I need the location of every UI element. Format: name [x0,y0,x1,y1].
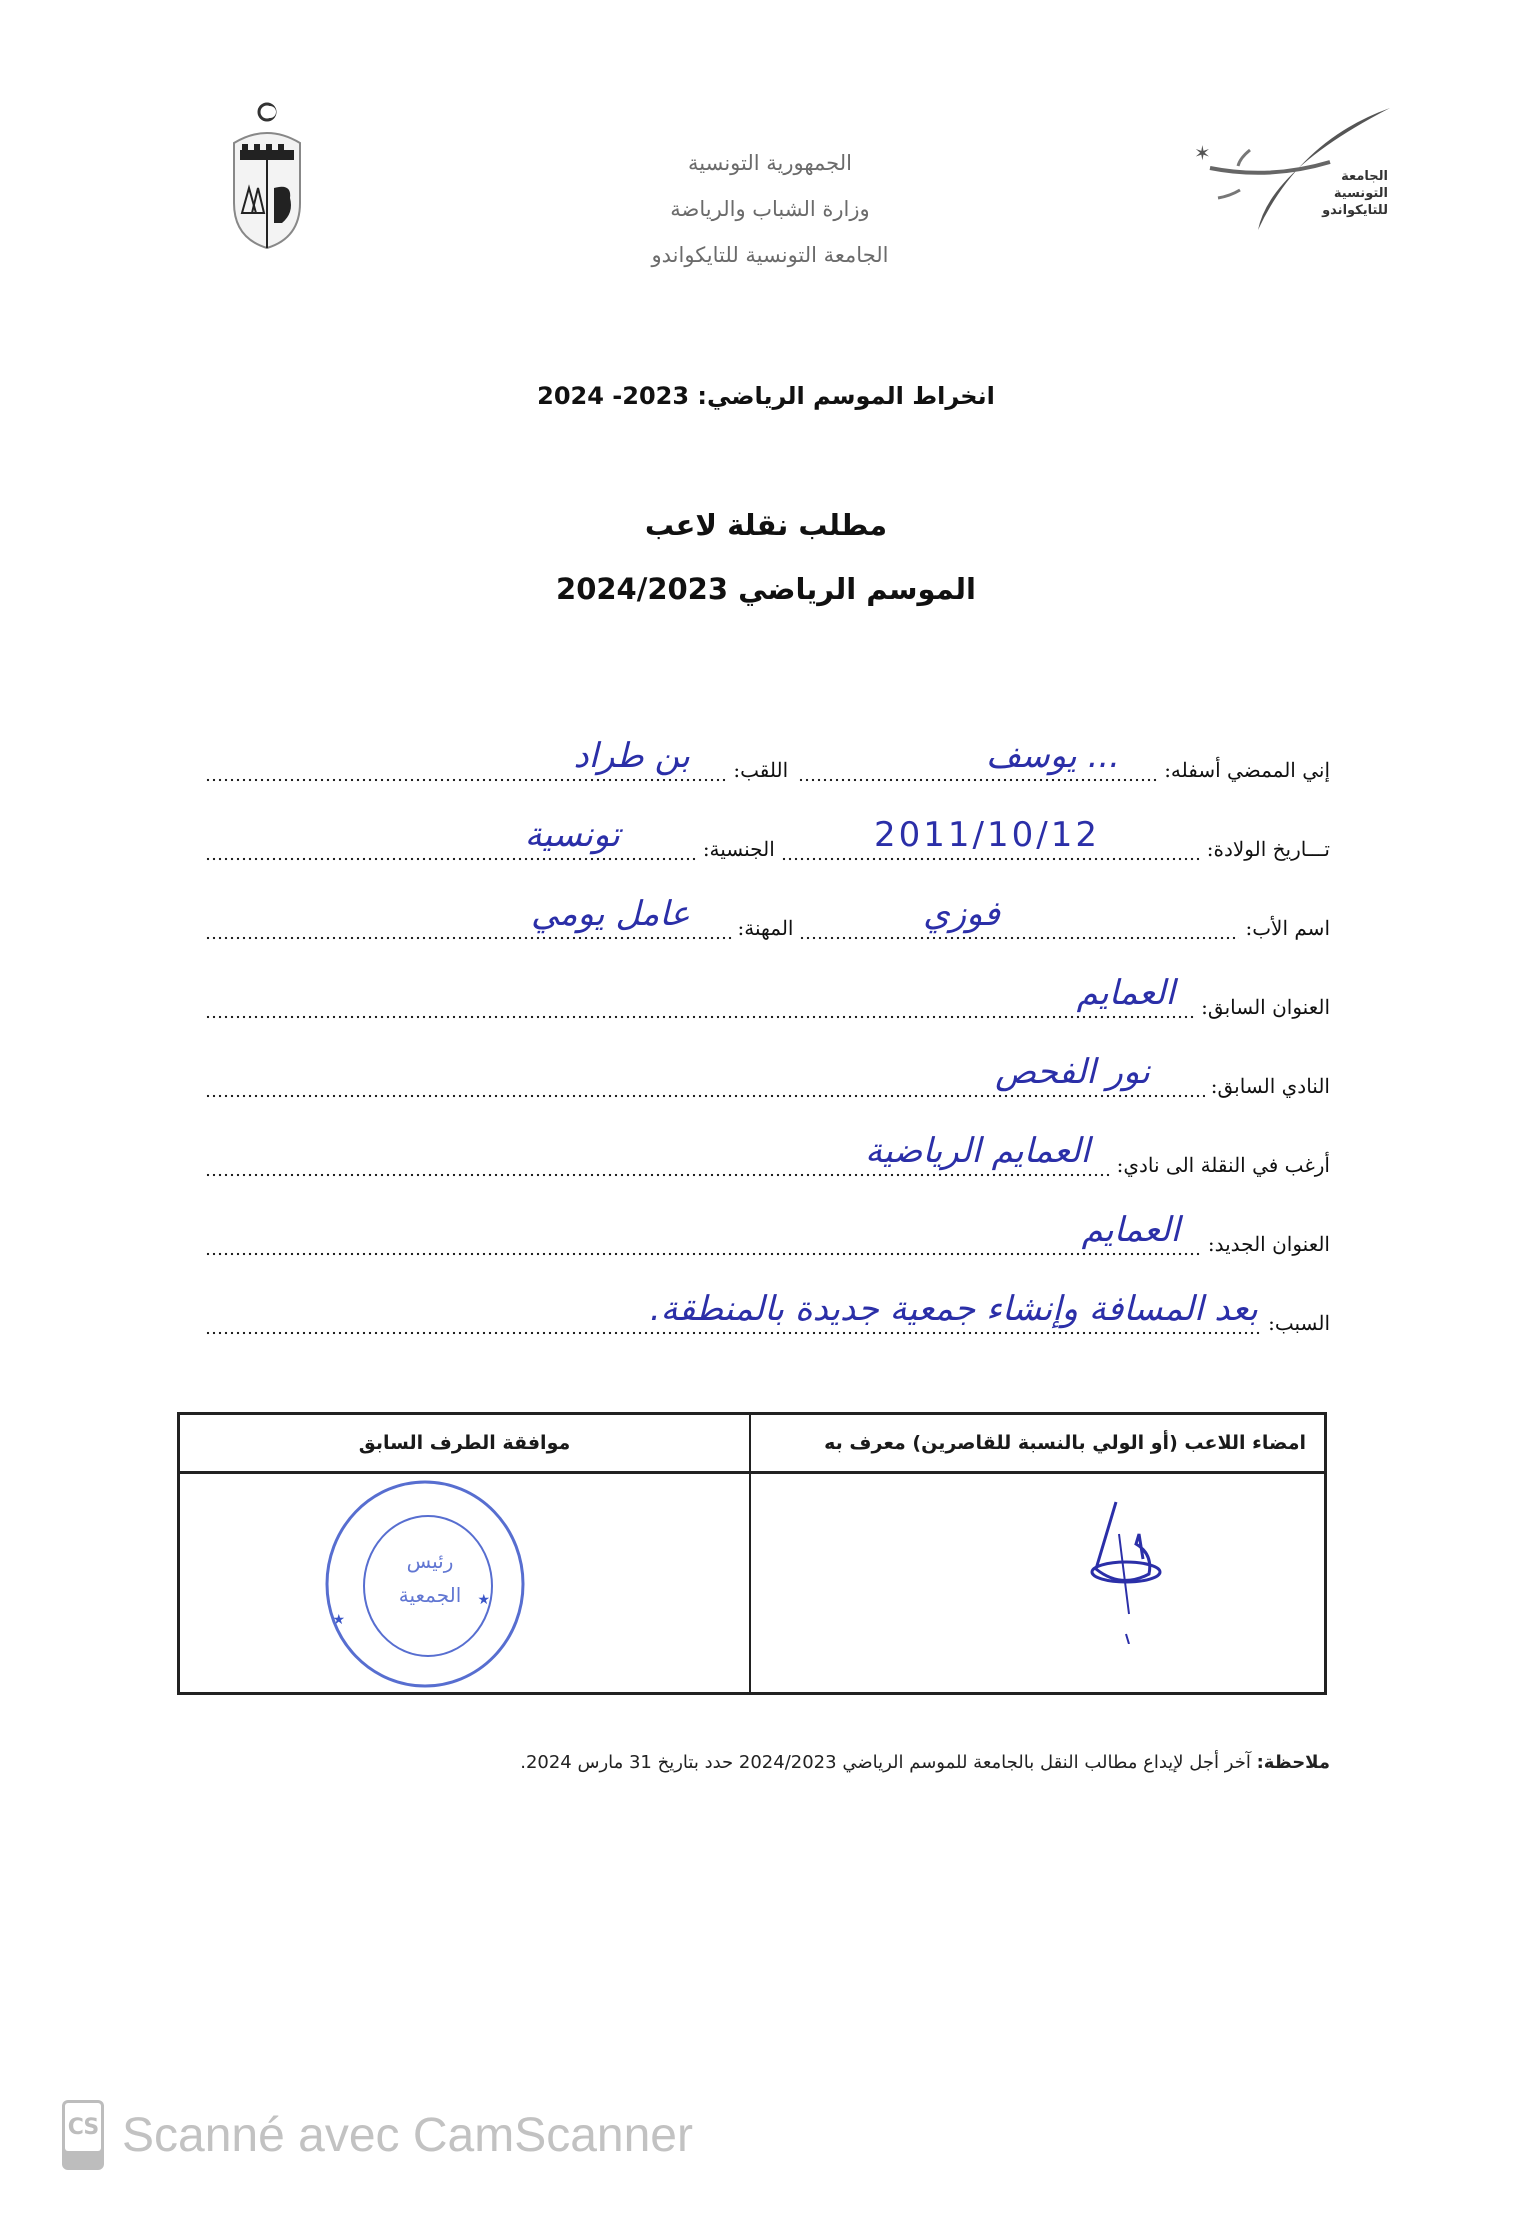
handwritten-first-name: ... يوسف [986,736,1120,776]
svg-text:★: ★ [332,1612,345,1628]
field-input-new-address[interactable] [205,1239,1202,1259]
form-row-new-club: أرغب في النقلة الى نادي: العمايم الرياضي… [205,1125,1330,1204]
signature-table-header: امضاء اللاعب (أو الولي بالنسبة للقاصرين)… [180,1415,1324,1474]
note-prefix: ملاحظة: [1257,1752,1330,1773]
field-label-name: إني الممضي أسفله: [1158,758,1330,782]
handwritten-nationality: تونسية [525,815,620,855]
federation-logo-text: الجامعة التونسية للتايكواندو [1322,168,1388,219]
camscanner-logo-icon: CS [62,2100,104,2170]
player-signature-cell[interactable] [749,1474,1324,1692]
season-subtitle: الموسم الرياضي 2024/2023 [0,572,1532,606]
field-label-nationality: الجنسية: [697,837,781,861]
form-row-birth: تـــاريخ الولادة: الجنسية: 2011/10/12 تو… [205,809,1330,888]
field-label-father-name: اسم الأب: [1239,916,1330,940]
signature-table: امضاء اللاعب (أو الولي بالنسبة للقاصرين)… [177,1412,1327,1695]
field-label-profession: المهنة: [732,916,800,940]
handwritten-reason: بعد المسافة وإنشاء جمعية جديدة بالمنطقة. [650,1289,1258,1329]
handwritten-profession: عامل يومي [531,894,690,934]
federation-logo: ✶ الجامعة التونسية للتايكواندو [1180,100,1400,240]
camscanner-watermark: CS Scanné avec CamScanner [62,2100,693,2170]
field-label-new-address: العنوان الجديد: [1202,1232,1330,1256]
field-label-previous-club: النادي السابق: [1205,1074,1330,1098]
form-row-father: اسم الأب: المهنة: فوزي عامل يومي [205,888,1330,967]
field-label-surname: اللقب: [727,758,798,782]
coat-of-arms-icon [222,98,312,258]
camscanner-badge: CS [65,2103,101,2151]
handwritten-previous-club: نور الفحص [995,1052,1150,1092]
field-input-previous-address[interactable] [205,1002,1195,1022]
transfer-form: إني الممضي أسفله: اللقب: ... يوسف بن طرا… [205,730,1330,1362]
column-header-previous-approval: موافقة الطرف السابق [180,1415,749,1471]
handwritten-father-name: فوزي [923,894,1000,934]
field-label-birthdate: تـــاريخ الولادة: [1201,837,1330,861]
stamp-text: رئيس الجمعية [380,1544,480,1612]
document-title: مطلب نقلة لاعب [0,508,1532,542]
handwritten-birthdate: 2011/10/12 [874,815,1100,855]
column-header-player-signature: امضاء اللاعب (أو الولي بالنسبة للقاصرين)… [749,1415,1324,1471]
header-line-federation: الجامعة التونسية للتايكواندو [600,232,940,278]
field-input-father-name[interactable] [799,923,1239,943]
deadline-note: ملاحظة: آخر أجل لإيداع مطالب النقل بالجا… [350,1752,1330,1773]
header-line-ministry: وزارة الشباب والرياضة [600,186,940,232]
signature-table-body: ★ ★ رئيس الجمعية [180,1474,1324,1692]
header-institution-lines: الجمهورية التونسية وزارة الشباب والرياضة… [600,140,940,278]
stamp-line-president: رئيس [380,1544,480,1578]
form-row-previous-address: العنوان السابق: العمايم [205,967,1330,1046]
form-row-reason: السبب: بعد المسافة وإنشاء جمعية جديدة با… [205,1283,1330,1362]
field-label-previous-address: العنوان السابق: [1195,995,1330,1019]
handwritten-new-club: العمايم الرياضية [865,1131,1090,1171]
association-stamp: ★ ★ رئيس الجمعية [320,1474,530,1689]
logo-text-line: التونسية [1322,185,1388,202]
stamp-line-association: الجمعية [380,1578,480,1612]
form-row-new-address: العنوان الجديد: العمايم [205,1204,1330,1283]
field-label-reason: السبب: [1262,1311,1330,1335]
previous-party-approval-cell[interactable]: ★ ★ رئيس الجمعية [180,1474,749,1692]
logo-text-line: الجامعة [1322,168,1388,185]
header-line-republic: الجمهورية التونسية [600,140,940,186]
form-row-name: إني الممضي أسفله: اللقب: ... يوسف بن طرا… [205,730,1330,809]
player-signature-icon [1081,1494,1201,1644]
form-row-previous-club: النادي السابق: نور الفحص [205,1046,1330,1125]
season-registration-title: انخراط الموسم الرياضي: 2023- 2024 [0,382,1532,410]
svg-text:✶: ✶ [1194,141,1211,165]
logo-text-line: للتايكواندو [1322,202,1388,219]
field-input-nationality[interactable] [205,844,697,864]
handwritten-previous-address: العمايم [1077,973,1175,1013]
handwritten-surname: بن طراد [573,736,690,776]
camscanner-text: Scanné avec CamScanner [122,2108,693,2163]
field-label-new-club: أرغب في النقلة الى نادي: [1111,1153,1330,1177]
handwritten-new-address: العمايم [1082,1210,1180,1250]
note-text: آخر أجل لإيداع مطالب النقل بالجامعة للمو… [520,1752,1251,1773]
